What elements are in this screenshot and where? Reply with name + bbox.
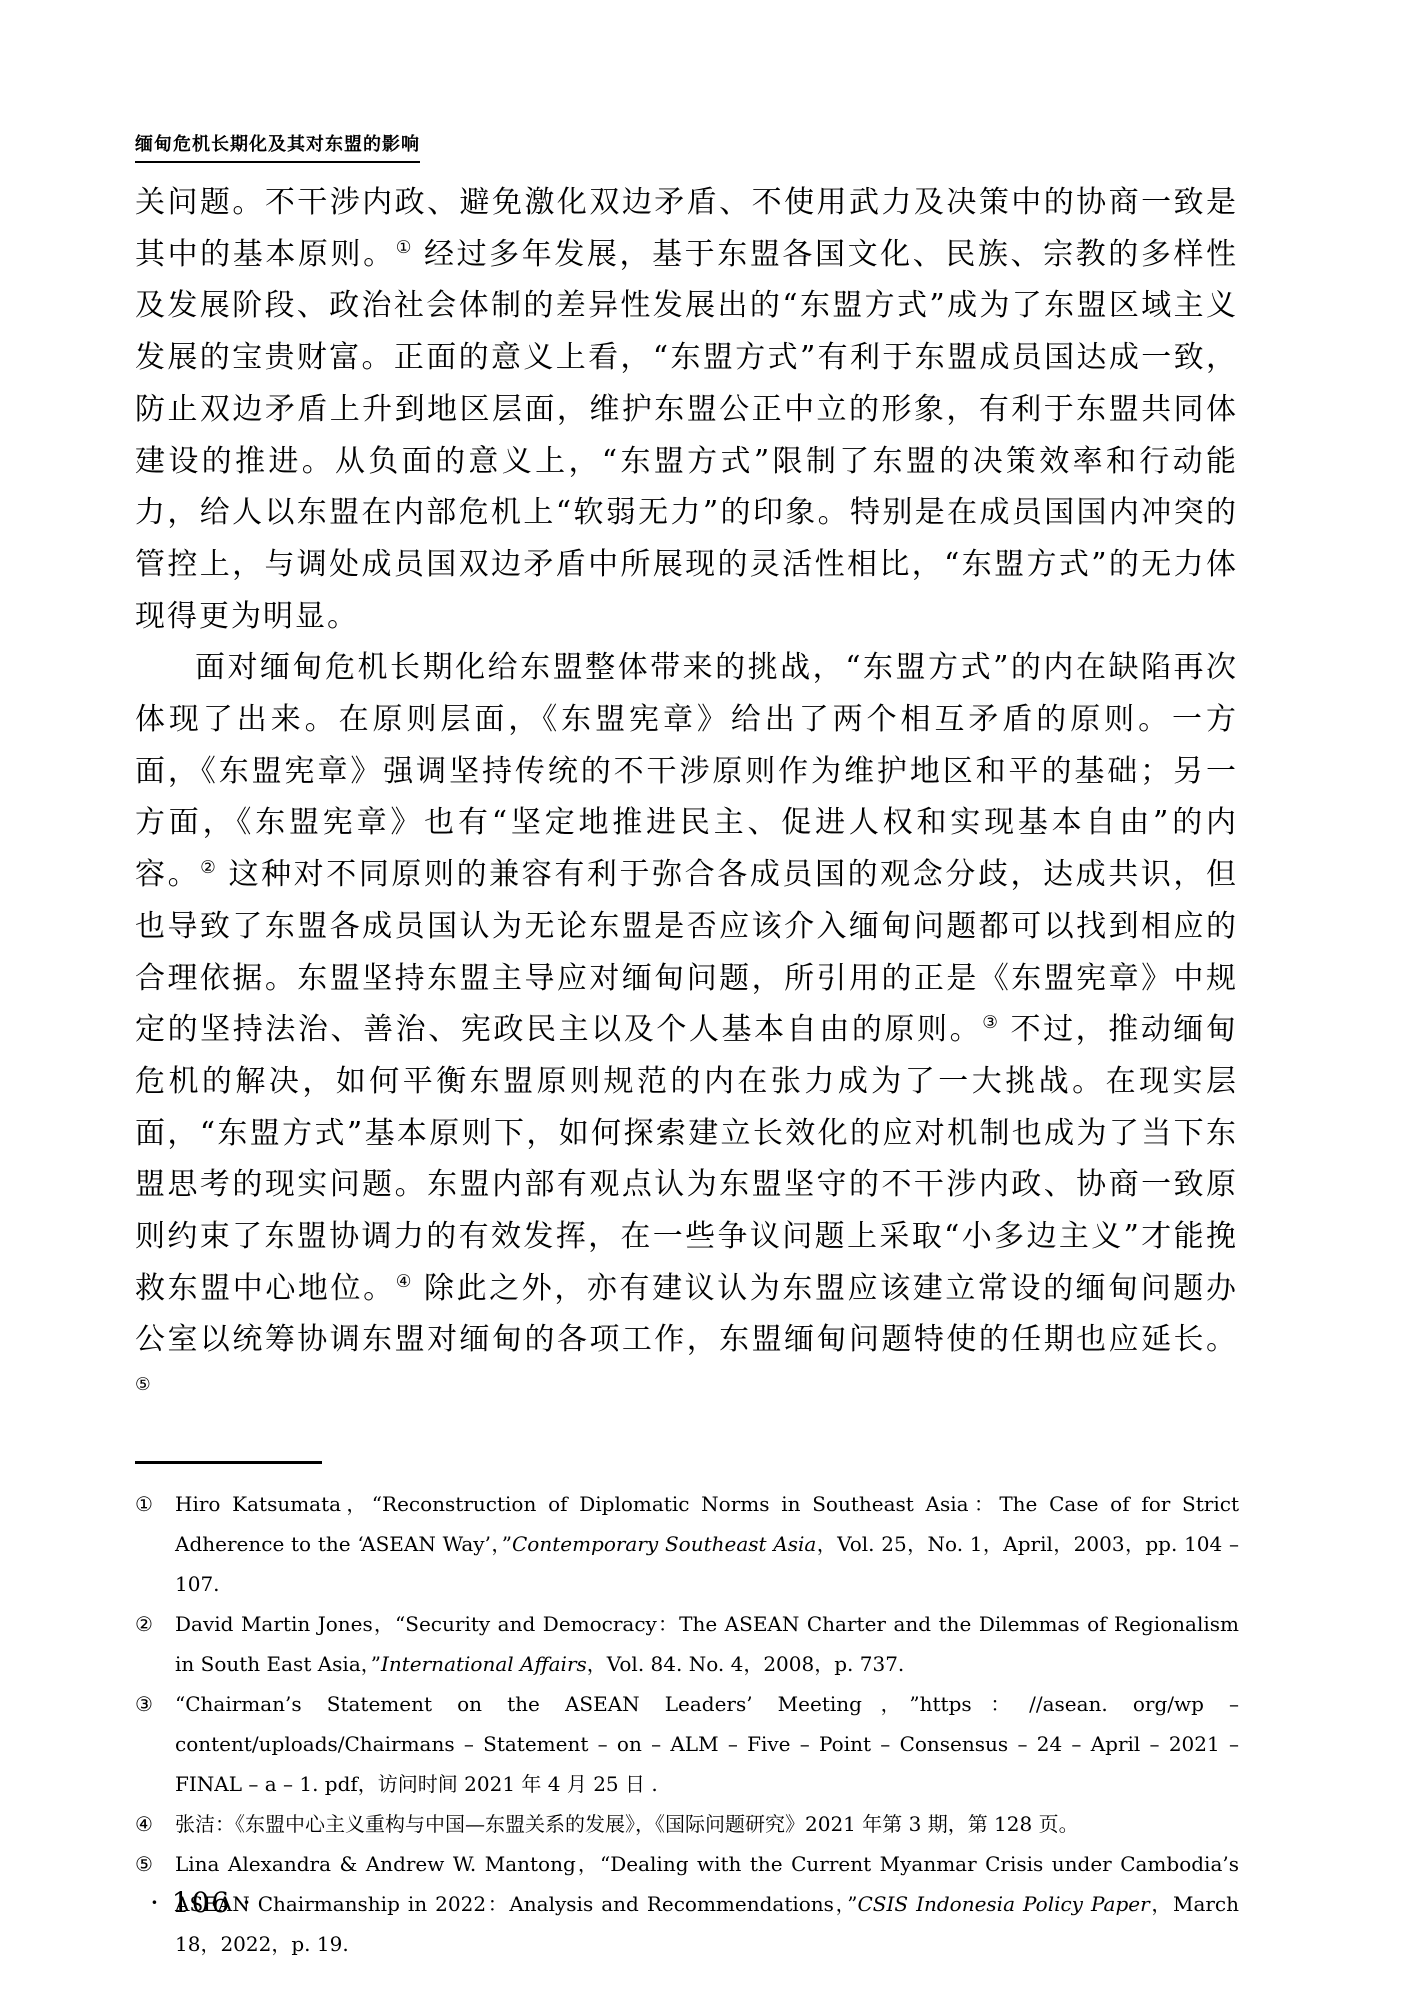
paragraph: 面对缅甸危机长期化给东盟整体带来的挑战，“东盟方式”的内在缺陷再次体现了出来。在…	[135, 642, 1238, 1418]
paragraph: 关问题。不干涉内政、避免激化双边矛盾、不使用武力及决策中的协商一致是其中的基本原…	[135, 177, 1238, 642]
body-text: 关问题。不干涉内政、避免激化双边矛盾、不使用武力及决策中的协商一致是其中的基本原…	[135, 177, 1238, 1418]
paragraph-text: 经过多年发展，基于东盟各国文化、民族、宗教的多样性及发展阶段、政治社会体制的差异…	[135, 237, 1238, 634]
footnote-marker: ②	[135, 1604, 175, 1644]
footnote: ④张洁：《东盟中心主义重构与中国—东盟关系的发展》，《国际问题研究》2021 年…	[135, 1804, 1239, 1844]
footnote-text: 张洁：《东盟中心主义重构与中国—东盟关系的发展》，《国际问题研究》2021 年第…	[175, 1804, 1239, 1844]
footnote: ③“Chairman’s Statement on the ASEAN Lead…	[135, 1684, 1239, 1804]
footnote-reference: ②	[200, 858, 216, 878]
footnote-text: Hiro Katsumata，“Reconstruction of Diplom…	[175, 1484, 1239, 1604]
footnote-reference: ③	[982, 1013, 998, 1033]
paragraph-text: 面对缅甸危机长期化给东盟整体带来的挑战，“东盟方式”的内在缺陷再次体现了出来。在…	[135, 650, 1238, 892]
journal-title: International Affairs	[381, 1652, 587, 1676]
footnotes: ①Hiro Katsumata，“Reconstruction of Diplo…	[135, 1484, 1239, 1964]
footnote-marker: ⑤	[135, 1844, 175, 1884]
footnote-reference: ⑤	[135, 1375, 151, 1395]
page-number: · 106 ·	[150, 1886, 253, 1919]
footnote-marker: ④	[135, 1804, 175, 1844]
paragraph-text: 不过，推动缅甸危机的解决，如何平衡东盟原则规范的内在张力成为了一大挑战。在现实层…	[135, 1012, 1238, 1306]
footnote-segment: “Chairman’s Statement on the ASEAN Leade…	[175, 1692, 1239, 1796]
journal-title: Contemporary Southeast Asia	[512, 1532, 816, 1556]
footnote-text: “Chairman’s Statement on the ASEAN Leade…	[175, 1684, 1239, 1804]
footnote-segment: 张洁：《东盟中心主义重构与中国—东盟关系的发展》，《国际问题研究》2021 年第…	[175, 1812, 1079, 1836]
footnote-text: Lina Alexandra & Andrew W. Mantong，“Deal…	[175, 1844, 1239, 1964]
footnote-reference: ④	[396, 1272, 412, 1292]
footnote: ⑤Lina Alexandra & Andrew W. Mantong，“Dea…	[135, 1844, 1239, 1964]
running-head: 缅甸危机长期化及其对东盟的影响	[135, 130, 420, 163]
footnote-segment: ，Vol. 84. No. 4，2008，p. 737.	[587, 1652, 905, 1676]
footnote-text: David Martin Jones，“Security and Democra…	[175, 1604, 1239, 1684]
journal-title: CSIS Indonesia Policy Paper	[857, 1892, 1149, 1916]
footnote-separator	[135, 1461, 322, 1464]
document-page: 缅甸危机长期化及其对东盟的影响 关问题。不干涉内政、避免激化双边矛盾、不使用武力…	[0, 0, 1417, 2008]
footnote-marker: ①	[135, 1484, 175, 1524]
footnote-marker: ③	[135, 1684, 175, 1724]
footnote-reference: ①	[396, 238, 412, 258]
footnote: ①Hiro Katsumata，“Reconstruction of Diplo…	[135, 1484, 1239, 1604]
footnote: ②David Martin Jones，“Security and Democr…	[135, 1604, 1239, 1684]
